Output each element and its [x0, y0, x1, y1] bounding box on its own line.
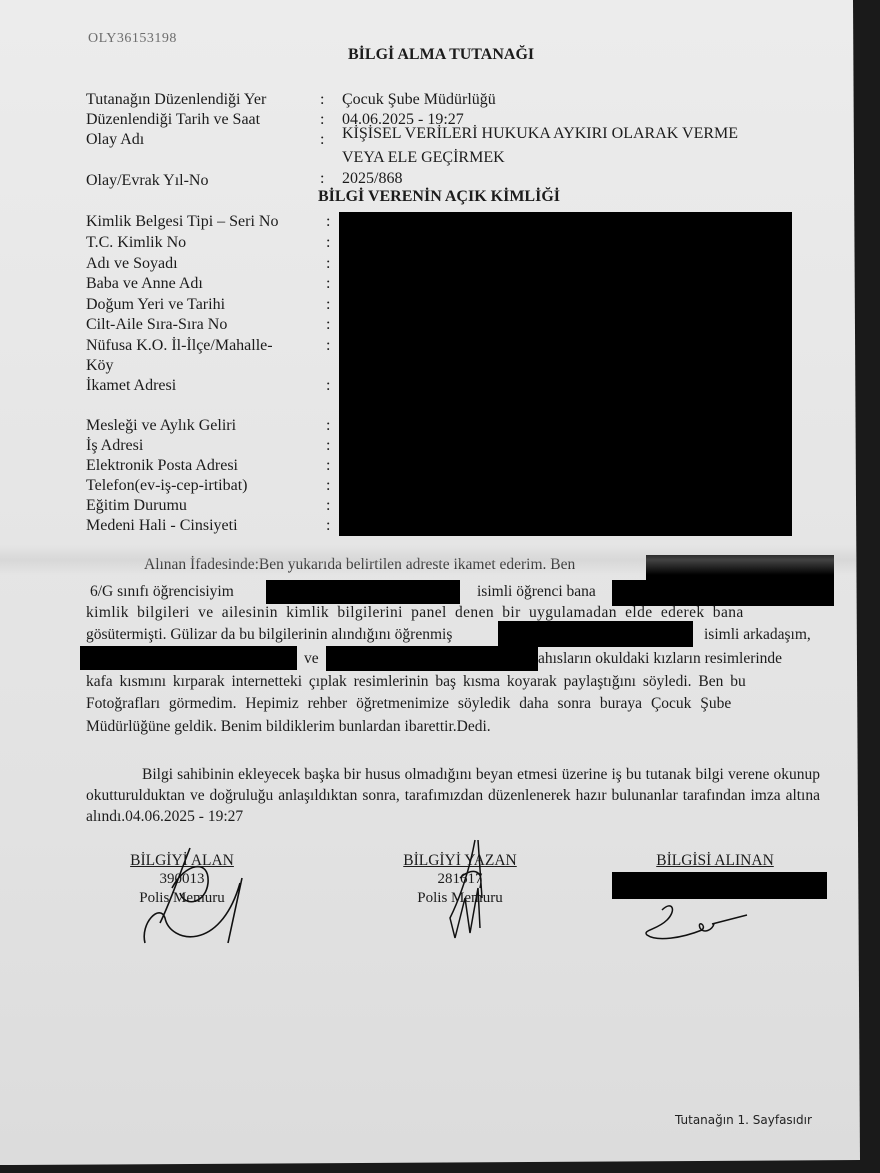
statement-line: kafa kısmını kırparak internetteki çıpla…	[86, 673, 746, 691]
id-colon: :	[326, 255, 330, 273]
id-label: Nüfusa K.O. İl-İlçe/Mahalle-	[86, 337, 273, 355]
id-label: Adı ve Soyadı	[86, 255, 178, 273]
statement-line: Alınan İfadesinde:Ben yukarıda belirtile…	[144, 556, 575, 574]
field-colon: :	[320, 131, 324, 149]
id-colon: :	[326, 497, 330, 515]
document-code: OLY36153198	[88, 31, 177, 47]
field-label-file-no: Olay/Evrak Yıl-No	[86, 172, 208, 190]
statement-line: ahısların okuldaki kızların resimlerinde	[538, 650, 782, 668]
redaction-box	[80, 646, 297, 670]
redaction-box	[326, 646, 538, 671]
id-colon: :	[326, 377, 330, 395]
id-colon: :	[326, 337, 330, 355]
id-colon: :	[326, 296, 330, 314]
informant-name-redaction	[612, 872, 827, 899]
id-label: Köy	[86, 357, 114, 375]
id-colon: :	[326, 213, 330, 231]
closing-paragraph: Bilgi sahibinin ekleyecek başka bir husu…	[86, 764, 820, 827]
redaction-box	[612, 580, 834, 606]
id-label: İş Adresi	[86, 437, 143, 455]
id-label: İkamet Adresi	[86, 377, 176, 395]
statement-line: ve	[304, 650, 319, 668]
id-label: Doğum Yeri ve Tarihi	[86, 296, 225, 314]
page-footer: Tutanağın 1. Sayfasıdır	[675, 1113, 812, 1127]
id-colon: :	[326, 437, 330, 455]
statement-line: isimli öğrenci bana	[477, 583, 596, 601]
id-label: Elektronik Posta Adresi	[86, 457, 238, 475]
id-label: Baba ve Anne Adı	[86, 275, 203, 293]
id-colon: :	[326, 457, 330, 475]
id-colon: :	[326, 417, 330, 435]
id-label: Mesleği ve Aylık Geliri	[86, 417, 236, 435]
field-colon: :	[320, 91, 324, 109]
id-label: Cilt-Aile Sıra-Sıra No	[86, 316, 227, 334]
statement-line: 6/G sınıfı öğrencisiyim	[90, 583, 234, 601]
id-label: Telefon(ev-iş-cep-irtibat)	[86, 477, 247, 495]
identity-section-title: BİLGİ VERENİN AÇIK KİMLİĞİ	[318, 188, 560, 206]
id-colon: :	[326, 275, 330, 293]
statement-line: Müdürlüğüne geldik. Benim bildiklerim bu…	[86, 718, 491, 736]
field-label-datetime: Düzenlendiği Tarih ve Saat	[86, 111, 260, 129]
id-colon: :	[326, 517, 330, 535]
document-title: BİLGİ ALMA TUTANAĞI	[348, 46, 534, 64]
id-label: Eğitim Durumu	[86, 497, 187, 515]
field-value-event-line2: VEYA ELE GEÇİRMEK	[342, 149, 505, 167]
field-label-event: Olay Adı	[86, 131, 144, 149]
statement-line: gösütermişti. Gülizar da bu bilgilerinin…	[86, 626, 452, 644]
id-colon: :	[326, 316, 330, 334]
statement-line: kimlik bilgileri ve ailesinin kimlik bil…	[86, 604, 744, 622]
statement-line: isimli arkadaşım,	[704, 626, 811, 644]
redaction-box	[498, 621, 693, 647]
id-colon: :	[326, 477, 330, 495]
id-label: Medeni Hali - Cinsiyeti	[86, 517, 238, 535]
field-value-file-no: 2025/868	[342, 170, 402, 188]
field-colon: :	[320, 170, 324, 188]
identity-redaction-block	[339, 212, 792, 536]
id-label: T.C. Kimlik No	[86, 234, 186, 252]
signature-scribble-icon	[430, 838, 500, 943]
signature-block-informant: BİLGİSİ ALINAN	[615, 851, 815, 870]
field-value-event: KİŞİSEL VERİLERİ HUKUKA AYKIRI OLARAK VE…	[342, 125, 738, 143]
signature-scribble-icon	[642, 900, 752, 945]
redaction-box	[266, 580, 460, 604]
statement-line: Fotoğrafları görmedim. Hepimiz rehber öğ…	[86, 695, 731, 713]
id-colon: :	[326, 234, 330, 252]
document-page: OLY36153198 BİLGİ ALMA TUTANAĞI Tutanağı…	[0, 0, 860, 1165]
signature-title: BİLGİSİ ALINAN	[615, 851, 815, 870]
field-value-place: Çocuk Şube Müdürlüğü	[342, 91, 496, 109]
id-label: Kimlik Belgesi Tipi – Seri No	[86, 213, 278, 231]
signature-scribble-icon	[130, 843, 250, 953]
field-colon: :	[320, 111, 324, 129]
field-label-place: Tutanağın Düzenlendiği Yer	[86, 91, 266, 109]
